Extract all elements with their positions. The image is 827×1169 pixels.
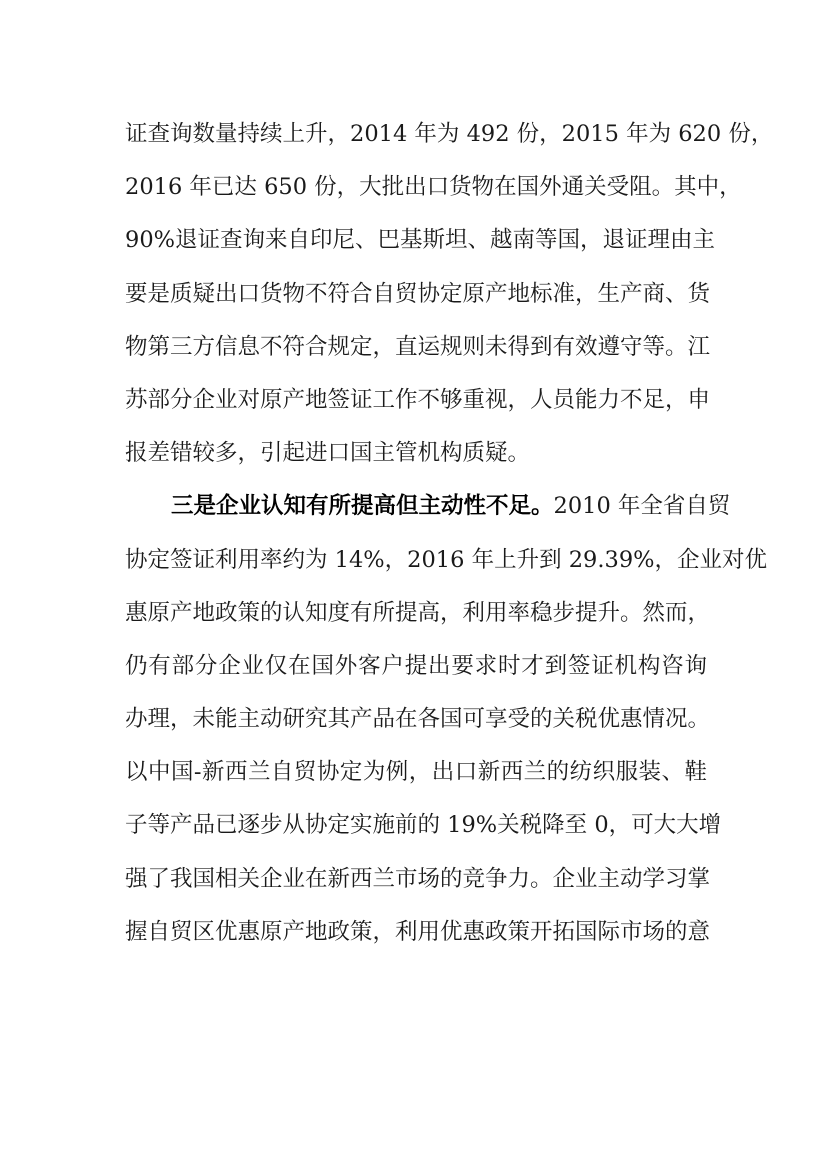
text-line: 以中国-新西兰自贸协定为例，出口新西兰的纺织服装、鞋 bbox=[125, 754, 707, 807]
text-line: 惠原产地政策的认知度有所提高，利用率稳步提升。然而， bbox=[125, 595, 707, 648]
text-line: 要是质疑出口货物不符合自贸协定原产地标准，生产商、货 bbox=[125, 276, 707, 329]
text-line: 强了我国相关企业在新西兰市场的竞争力。企业主动学习掌 bbox=[125, 861, 707, 914]
text-line: 苏部分企业对原产地签证工作不够重视，人员能力不足，申 bbox=[125, 382, 707, 435]
text-line: 物第三方信息不符合规定，直运规则未得到有效遵守等。江 bbox=[125, 329, 707, 382]
text-line: 报差错较多，引起进口国主管机构质疑。 bbox=[125, 435, 707, 488]
text-line: 90%退证查询来自印尼、巴基斯坦、越南等国，退证理由主 bbox=[125, 222, 707, 275]
text-line: 子等产品已逐步从协定实施前的 19%关税降至 0，可大大增 bbox=[125, 807, 707, 860]
text-run: 2010 年全省自贸 bbox=[554, 493, 731, 519]
text-line: 协定签证利用率约为 14%，2016 年上升到 29.39%，企业对优 bbox=[125, 542, 707, 595]
paragraph-heading: 三是企业认知有所提高但主动性不足。 bbox=[171, 493, 554, 519]
text-line: 2016 年已达 650 份，大批出口货物在国外通关受阻。其中， bbox=[125, 169, 707, 222]
text-line: 证查询数量持续上升，2014 年为 492 份，2015 年为 620 份， bbox=[125, 116, 707, 169]
paragraph-2: 三是企业认知有所提高但主动性不足。2010 年全省自贸 协定签证利用率约为 14… bbox=[125, 488, 707, 967]
text-line: 办理，未能主动研究其产品在各国可享受的关税优惠情况。 bbox=[125, 701, 707, 754]
text-line: 握自贸区优惠原产地政策，利用优惠政策开拓国际市场的意 bbox=[125, 914, 707, 967]
text-line: 仍有部分企业仅在国外客户提出要求时才到签证机构咨询 bbox=[125, 648, 707, 701]
text-line-first: 三是企业认知有所提高但主动性不足。2010 年全省自贸 bbox=[125, 488, 707, 541]
paragraph-1: 证查询数量持续上升，2014 年为 492 份，2015 年为 620 份， 2… bbox=[125, 116, 707, 488]
document-page: 证查询数量持续上升，2014 年为 492 份，2015 年为 620 份， 2… bbox=[125, 116, 707, 967]
